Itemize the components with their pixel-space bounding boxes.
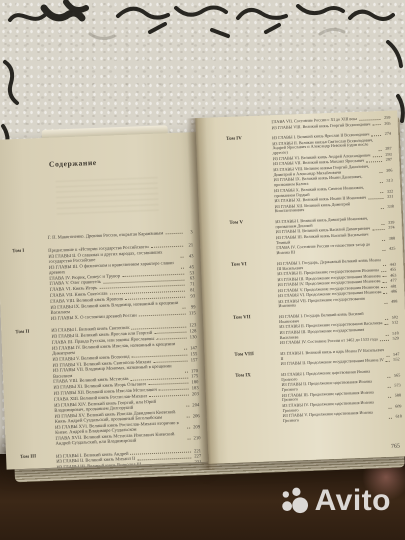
entry-list: ИЗ ГЛАВЫ I. Государь, Державный Великий … bbox=[277, 257, 398, 310]
volume-label: Том VI bbox=[231, 262, 279, 312]
dot-leader bbox=[371, 135, 381, 136]
volume-label: Том VII bbox=[233, 315, 280, 349]
entry-page-number: 45 bbox=[186, 264, 194, 270]
right-page-sections: ГЛАВА VII. Состояние России с XI до XIII… bbox=[195, 115, 405, 427]
entry-page-number: 388 bbox=[387, 236, 395, 241]
entry-page-number: 227 bbox=[193, 453, 201, 459]
entry-page-number: 157 bbox=[189, 357, 197, 363]
entry-page-number: 338 bbox=[386, 205, 394, 210]
entry-page-number: 374 bbox=[387, 226, 395, 231]
dot-leader bbox=[383, 265, 386, 266]
entry-list: ГЛАВА VII. Состояние России с XI до XIII… bbox=[271, 116, 390, 132]
entry-page-number: 128 bbox=[188, 328, 196, 334]
toc-section: Том IIИЗ ГЛАВЫ I. Великий князь Святопол… bbox=[9, 323, 200, 448]
entry-page-number: 170 bbox=[190, 368, 198, 374]
entry-page-number: 130 bbox=[189, 334, 197, 340]
page-showthrough bbox=[55, 173, 159, 219]
dot-leader bbox=[143, 463, 191, 466]
entry-title: ИЗ ГЛАВЫ IV. Состояние России от 1462 до… bbox=[280, 338, 378, 347]
entry-page-number: 155 bbox=[189, 351, 197, 357]
entry-page-number: 81 bbox=[187, 287, 195, 293]
entry-page-number: 21 bbox=[185, 242, 193, 248]
dot-leader bbox=[379, 172, 382, 173]
entry-page-number: 221 bbox=[193, 448, 201, 454]
entry-page-number: 93 bbox=[187, 293, 195, 299]
toc-section: Том IVИЗ ГЛАВЫ I. Великий князь Ярослав … bbox=[226, 132, 394, 217]
dot-leader bbox=[184, 349, 187, 350]
entry-page-number: 3 bbox=[185, 229, 193, 235]
entry-page-number: 588 bbox=[393, 394, 401, 399]
dot-leader bbox=[185, 371, 188, 372]
dot-leader bbox=[181, 268, 184, 269]
entry-page-number: 565 bbox=[392, 373, 400, 378]
entry-page-number: 53 bbox=[186, 270, 194, 276]
volume-label: Том V bbox=[229, 220, 276, 258]
left-page-sections: Г. П. Макогоненко. Древняя Россия, откры… bbox=[0, 229, 208, 470]
entry-page-number: 63 bbox=[186, 276, 194, 282]
entry-page-number: 498 bbox=[389, 300, 397, 305]
entry-title: ГЛАВА IV. Состояние России от нашествия … bbox=[276, 242, 380, 256]
dot-leader bbox=[383, 276, 387, 277]
dot-leader bbox=[186, 406, 189, 407]
dot-leader bbox=[384, 303, 387, 304]
volume-label bbox=[6, 235, 48, 242]
entry-page-number: 210 bbox=[192, 435, 200, 441]
entry-page-number: 43 bbox=[185, 253, 193, 259]
dot-leader bbox=[382, 240, 385, 241]
entry-page-number: 71 bbox=[187, 281, 195, 287]
dot-leader bbox=[373, 156, 382, 157]
contents-heading: Содержание bbox=[49, 154, 197, 169]
toc-entry: Г. П. Макогоненко. Древняя Россия, откры… bbox=[48, 229, 193, 240]
avito-brand-text: Avito bbox=[315, 484, 391, 518]
entry-list: ИЗ ГЛАВЫ I. Государь Великий князь Васил… bbox=[279, 310, 399, 346]
entry-page-number: 183 bbox=[191, 385, 199, 391]
dot-leader bbox=[386, 361, 390, 362]
dot-leader bbox=[388, 408, 391, 409]
entry-page-number: 265 bbox=[383, 121, 391, 126]
dot-leader bbox=[385, 319, 388, 320]
dot-leader bbox=[382, 250, 385, 251]
entry-title: ИЗ ГЛАВЫ V. Продолжение царствования Иоа… bbox=[283, 410, 387, 424]
entry-list: ИЗ ГЛАВЫ I. Великий князь Димитрий Иоанн… bbox=[275, 216, 395, 257]
entry-list: ИЗ ГЛАВЫ I. Великий князь Святополк123ИЗ… bbox=[51, 323, 200, 447]
entry-page-number: 618 bbox=[394, 415, 402, 420]
photo-scene: Содержание Г. П. Макогоненко. Древняя Ро… bbox=[0, 0, 405, 540]
dot-leader bbox=[389, 418, 392, 419]
toc-section: Г. П. Макогоненко. Древняя Россия, откры… bbox=[6, 229, 193, 242]
volume-label: Том IV bbox=[226, 136, 275, 217]
dot-leader bbox=[380, 192, 383, 193]
dot-leader bbox=[384, 324, 388, 325]
entry-page-number: 331 bbox=[385, 195, 393, 200]
entry-title: ИЗ ГЛАВЫ XII. Великий князь Димитрий Кон… bbox=[275, 201, 379, 215]
dot-leader bbox=[139, 313, 186, 316]
dot-leader bbox=[384, 293, 388, 294]
entry-list: Предисловие к «Истории государства Росси… bbox=[48, 242, 196, 321]
entry-page-number: 609 bbox=[393, 404, 401, 409]
page-number: 765 bbox=[391, 444, 400, 450]
volume-label bbox=[225, 120, 271, 133]
dot-leader bbox=[188, 438, 191, 439]
entry-list: ИЗ ГЛАВЫ I. Продолжение царствования Иоа… bbox=[281, 368, 402, 425]
dot-leader bbox=[372, 124, 380, 125]
dot-leader bbox=[381, 208, 384, 209]
toc-section: ГЛАВА VII. Состояние России с XI до XIII… bbox=[225, 116, 390, 133]
toc-section: Том IXИЗ ГЛАВЫ I. Продолжение царствован… bbox=[235, 368, 402, 426]
entry-page-number: 274 bbox=[383, 132, 391, 137]
toc-entry: ГЛАВА IV. Состояние России от нашествия … bbox=[276, 242, 395, 256]
entry-list: ИЗ ГЛАВЫ I. Великий князь Ярослав II Все… bbox=[272, 132, 394, 215]
dot-leader bbox=[386, 335, 389, 336]
open-book: Содержание Г. П. Макогоненко. Древняя Ро… bbox=[0, 110, 405, 477]
toc-section: Том VIИЗ ГЛАВЫ I. Государь, Державный Ве… bbox=[231, 257, 398, 312]
dot-leader bbox=[381, 271, 386, 272]
toc-entry: ИЗ ГЛАВЫ V. Продолжение царствования Иоа… bbox=[283, 410, 402, 424]
entry-page-number: 115 bbox=[188, 310, 196, 316]
entry-page-number: 425 bbox=[387, 247, 395, 252]
entry-page-number: 204 bbox=[191, 402, 199, 408]
entry-page-number: 180 bbox=[190, 379, 198, 385]
dot-leader bbox=[379, 150, 382, 151]
entry-title: Г. П. Макогоненко. Древняя Россия, откры… bbox=[48, 230, 164, 240]
entry-page-number: 297 bbox=[384, 158, 392, 163]
dot-leader bbox=[183, 308, 186, 309]
dot-leader bbox=[187, 428, 190, 429]
avito-logo-icon bbox=[280, 486, 310, 516]
dot-leader bbox=[387, 376, 390, 377]
right-page: ГЛАВА VII. Состояние России с XI до XIII… bbox=[195, 110, 405, 463]
entry-page-number: 206 bbox=[192, 413, 200, 419]
dot-leader bbox=[380, 340, 389, 341]
volume-label: Том II bbox=[9, 328, 56, 448]
volume-label: Том VIII bbox=[234, 352, 281, 370]
dot-leader bbox=[383, 282, 387, 283]
entry-page-number: 147 bbox=[189, 345, 197, 351]
toc-section: Том VИЗ ГЛАВЫ I. Великий князь Димитрий … bbox=[229, 216, 395, 259]
volume-label: Том I bbox=[6, 248, 51, 323]
dot-leader bbox=[368, 198, 383, 200]
entry-title: ИЗ ГЛАВЫ VII. Продолжение государствован… bbox=[278, 296, 382, 310]
entry-page-number: 123 bbox=[188, 323, 196, 329]
entry-page-number: 175 bbox=[190, 374, 198, 380]
entry-page-number: 552 bbox=[392, 358, 400, 363]
entry-page-number: 231 bbox=[193, 459, 201, 465]
entry-page-number: 99 bbox=[187, 304, 195, 310]
dot-leader bbox=[181, 257, 184, 258]
dot-leader bbox=[388, 387, 391, 388]
dot-leader bbox=[386, 355, 389, 356]
left-page: Содержание Г. П. Макогоненко. Древняя Ро… bbox=[0, 132, 208, 470]
entry-page-number: 573 bbox=[393, 383, 401, 388]
dot-leader bbox=[380, 182, 383, 183]
entry-list: ИЗ ГЛАВЫ I. Великий князь и царь Иоанн I… bbox=[280, 347, 400, 367]
toc-section: Том IПредисловие к «Истории государства … bbox=[6, 242, 196, 323]
dot-leader bbox=[388, 397, 391, 398]
entry-page-number: 306 bbox=[384, 168, 392, 173]
entry-list: Г. П. Макогоненко. Древняя Россия, откры… bbox=[48, 229, 193, 240]
entry-page-number: 486 bbox=[389, 290, 397, 295]
dot-leader bbox=[165, 233, 182, 235]
entry-list: ИЗ ГЛАВЫ I. Великий князь Андрей221ИЗ ГЛ… bbox=[56, 448, 202, 470]
dot-leader bbox=[381, 287, 387, 288]
entry-page-number: 313 bbox=[385, 179, 393, 184]
toc-section: Том VIIИЗ ГЛАВЫ I. Государь Великий княз… bbox=[233, 310, 399, 348]
volume-label: Том IX bbox=[235, 373, 283, 427]
entry-page-number: 203 bbox=[191, 391, 199, 397]
dot-leader bbox=[381, 224, 384, 225]
entry-page-number: 529 bbox=[391, 337, 399, 342]
dot-leader bbox=[372, 229, 384, 230]
entry-page-number: 512 bbox=[390, 321, 398, 326]
volume-label: Том III bbox=[14, 453, 57, 469]
toc-section: Том VIIIИЗ ГЛАВЫ I. Великий князь и царь… bbox=[234, 347, 399, 369]
avito-watermark: Avito bbox=[280, 484, 391, 518]
toc-section: Том IIIИЗ ГЛАВЫ I. Великий князь Андрей2… bbox=[14, 448, 202, 470]
dot-leader bbox=[187, 417, 190, 418]
entry-page-number: 209 bbox=[192, 424, 200, 430]
